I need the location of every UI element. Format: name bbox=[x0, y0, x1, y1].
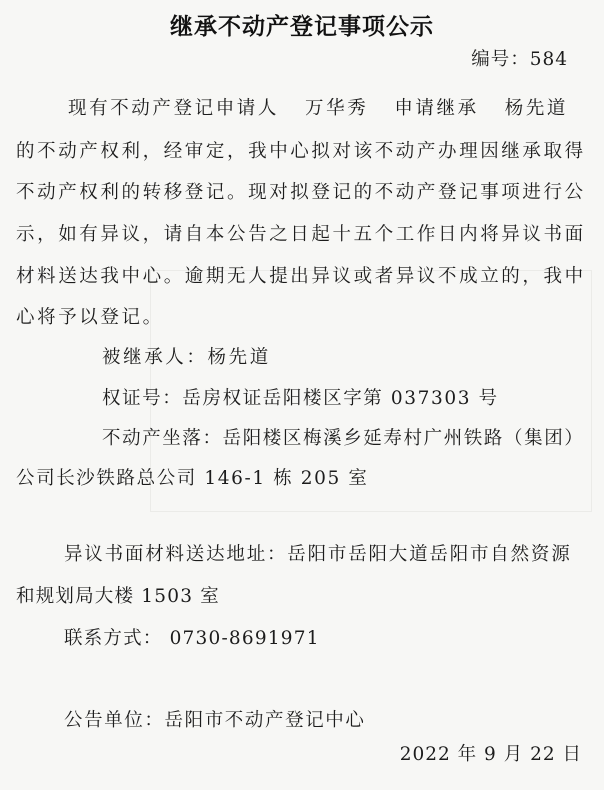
page-title: 继承不动产登记事项公示 bbox=[0, 8, 604, 41]
body-line-3: 不动产权利的转移登记。现对拟登记的不动产登记事项进行公 bbox=[16, 178, 586, 204]
location-field-line1: 不动产坐落：岳阳楼区梅溪乡延寿村广州铁路（集团） bbox=[102, 424, 584, 450]
line1-prefix: 现有不动产登记申请人 bbox=[68, 98, 279, 119]
notice-number: 编号：584 bbox=[471, 45, 568, 71]
location-field-line2: 公司长沙铁路总公司 146-1 栋 205 室 bbox=[16, 464, 368, 490]
body-line-2: 的不动产权利，经审定，我中心拟对该不动产办理因继承取得 bbox=[16, 137, 586, 163]
body-line-4: 示，如有异议，请自本公告之日起十五个工作日内将异议书面 bbox=[16, 220, 586, 246]
contact-field: 联系方式： 0730-8691971 bbox=[64, 624, 320, 650]
objection-address-line2: 和规划局大楼 1503 室 bbox=[16, 582, 220, 608]
decedent-inline: 杨先道 bbox=[505, 98, 568, 119]
body-line-6: 心将予以登记。 bbox=[16, 303, 164, 329]
objection-address-line1: 异议书面材料送达地址：岳阳市岳阳大道岳阳市自然资源 bbox=[64, 540, 572, 566]
body-line-1: 现有不动产登记申请人万华秀申请继承杨先道 bbox=[68, 94, 568, 120]
line1-mid: 申请继承 bbox=[394, 98, 478, 119]
decedent-field: 被继承人：杨先道 bbox=[102, 343, 271, 369]
body-line-5: 材料送达我中心。逾期无人提出异议或者异议不成立的，我中 bbox=[16, 262, 586, 288]
applicant-name: 万华秀 bbox=[305, 98, 368, 119]
notice-page: 继承不动产登记事项公示 编号：584 现有不动产登记申请人万华秀申请继承杨先道 … bbox=[0, 0, 604, 790]
issuer-field: 公告单位：岳阳市不动产登记中心 bbox=[64, 706, 366, 732]
certificate-number-field: 权证号：岳房权证岳阳楼区字第 037303 号 bbox=[102, 384, 499, 410]
notice-date: 2022 年 9 月 22 日 bbox=[400, 740, 582, 766]
